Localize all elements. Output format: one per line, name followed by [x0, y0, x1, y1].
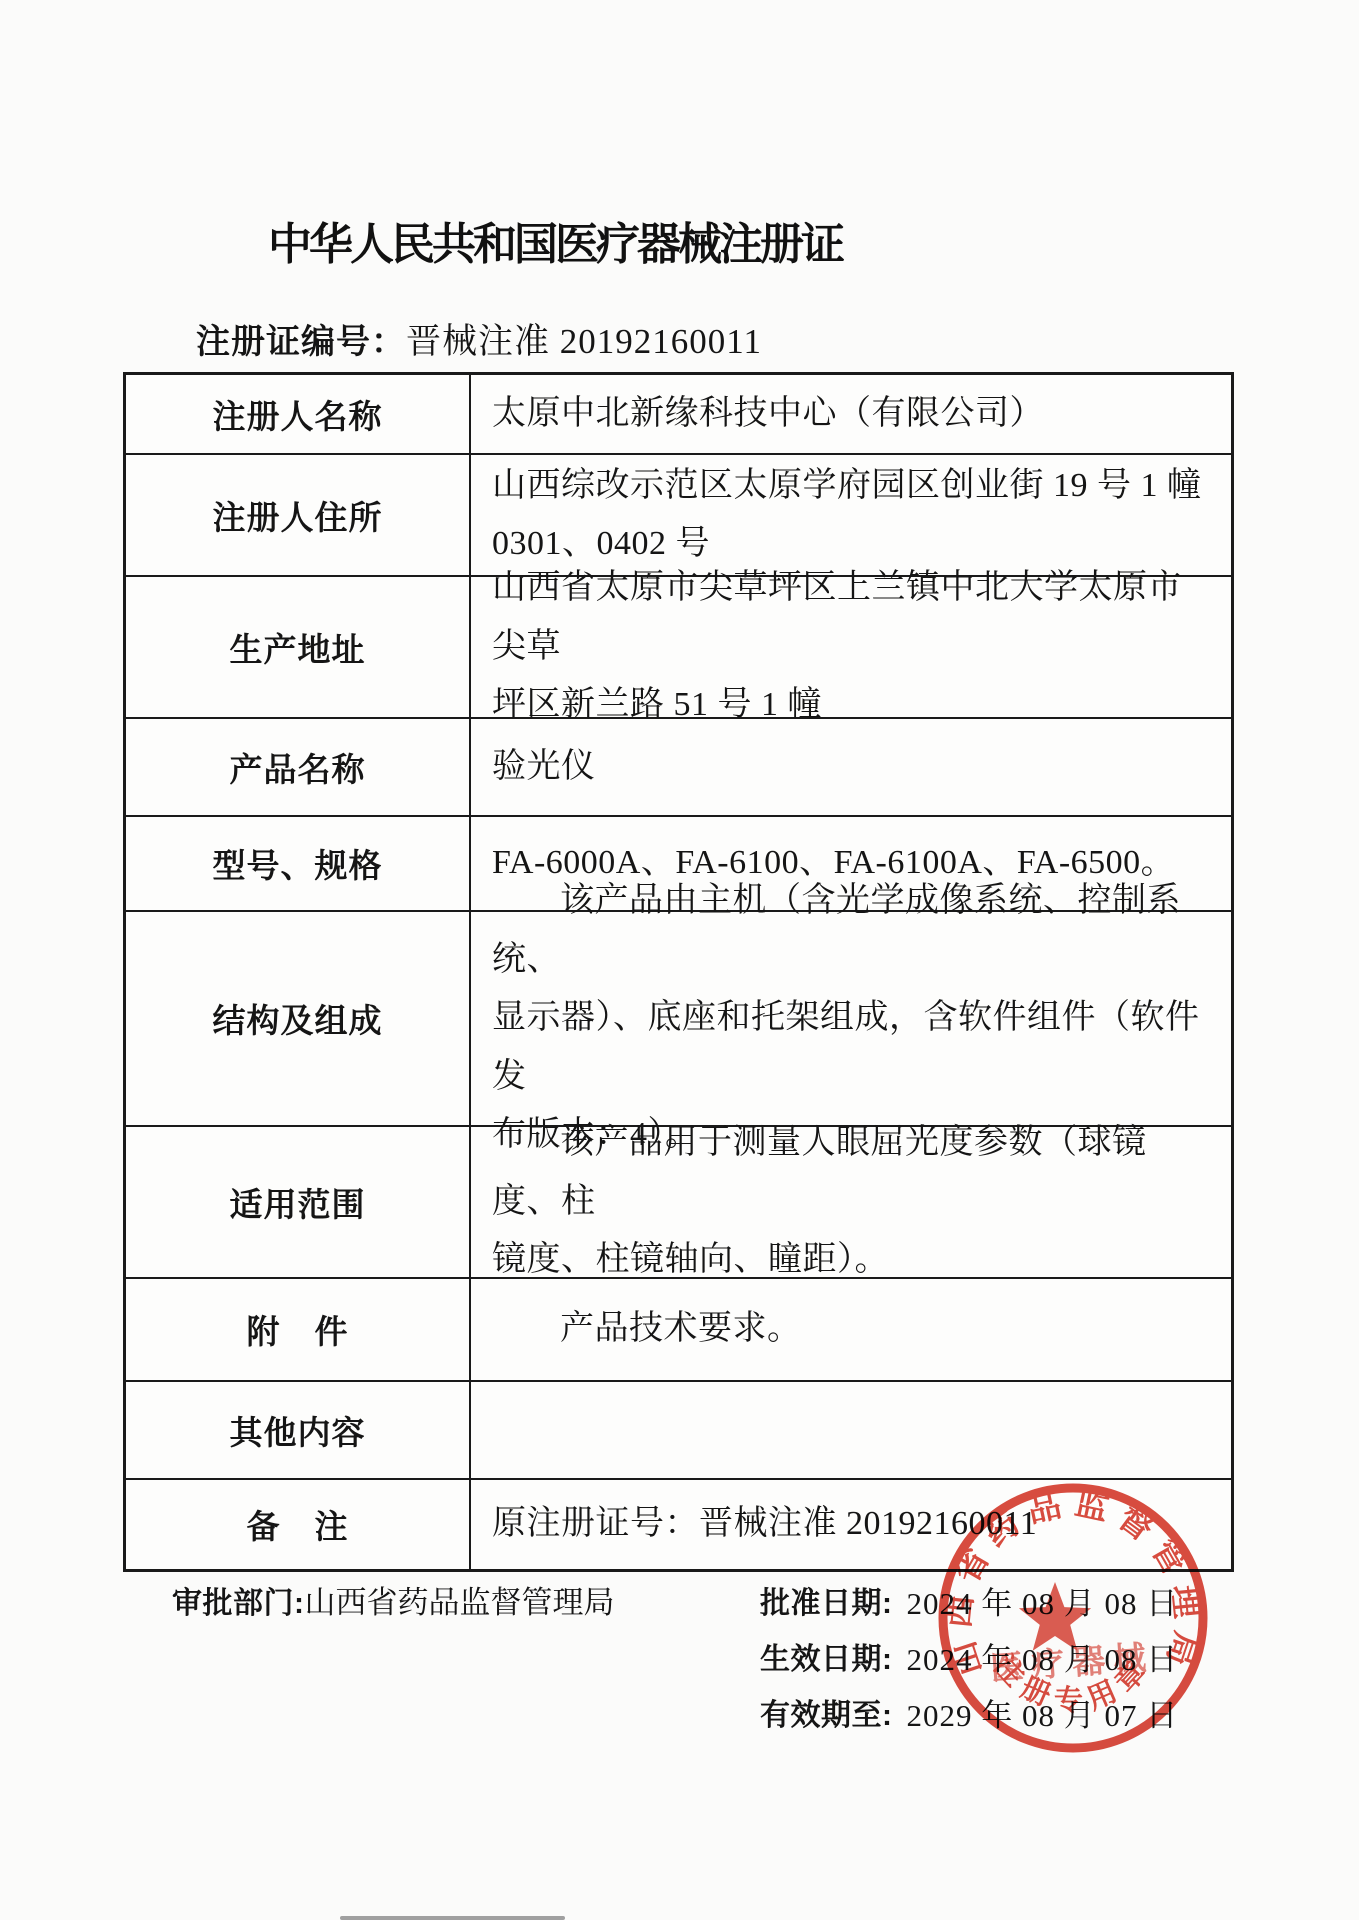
row-value-product-name: 验光仪 — [471, 719, 1231, 817]
row-value-scope-of-use: 该产品用于测量人眼屈光度参数（球镜度、柱 镜度、柱镜轴向、瞳距）。 — [471, 1127, 1231, 1279]
row-value-registrant-name: 太原中北新缘科技中心（有限公司） — [471, 375, 1231, 455]
scan-artifact — [340, 1916, 565, 1920]
certificate-page: 中华人民共和国医疗器械注册证 注册证编号：晋械注准 20192160011 注册… — [0, 0, 1359, 1920]
row-value-production-address: 山西省太原市尖草坪区上兰镇中北大学太原市尖草 坪区新兰路 51 号 1 幢 — [471, 577, 1231, 719]
row-label-registrant-address: 注册人住所 — [126, 455, 471, 577]
row-label-scope-of-use: 适用范围 — [126, 1127, 471, 1279]
row-label-product-name: 产品名称 — [126, 719, 471, 817]
seal-star-icon — [1019, 1582, 1091, 1651]
official-seal: 山西省药品监督管理局 医疗器械 注册专用章 — [933, 1478, 1213, 1758]
certificate-number-line: 注册证编号：晋械注准 20192160011 — [196, 314, 762, 364]
certificate-number-value: 晋械注准 20192160011 — [406, 322, 762, 361]
expiry-date-label: 有效期至: — [760, 1690, 893, 1734]
row-label-other-content: 其他内容 — [126, 1382, 471, 1480]
row-label-registrant-name: 注册人名称 — [126, 375, 471, 455]
effective-date-label: 生效日期: — [760, 1634, 893, 1678]
row-label-model-spec: 型号、规格 — [126, 817, 471, 912]
registration-table: 注册人名称 太原中北新缘科技中心（有限公司） 注册人住所 山西综改示范区太原学府… — [123, 372, 1234, 1572]
approval-department-label: 审批部门: — [172, 1587, 305, 1620]
row-value-attachment: 产品技术要求。 — [471, 1279, 1231, 1382]
row-label-remarks: 备 注 — [126, 1480, 471, 1569]
row-label-structure-composition: 结构及组成 — [126, 912, 471, 1127]
document-title: 中华人民共和国医疗器械注册证 — [268, 208, 842, 272]
row-label-production-address: 生产地址 — [126, 577, 471, 719]
approval-department-line: 审批部门:山西省药品监督管理局 — [172, 1577, 615, 1622]
row-value-other-content — [471, 1382, 1231, 1480]
certificate-number-label: 注册证编号： — [196, 323, 406, 361]
approval-department-value: 山西省药品监督管理局 — [305, 1585, 615, 1620]
row-value-structure-composition: 该产品由主机（含光学成像系统、控制系统、 显示器）、底座和托架组成，含软件组件（… — [471, 912, 1231, 1127]
row-label-attachment: 附 件 — [126, 1279, 471, 1382]
approve-date-label: 批准日期: — [760, 1578, 893, 1622]
